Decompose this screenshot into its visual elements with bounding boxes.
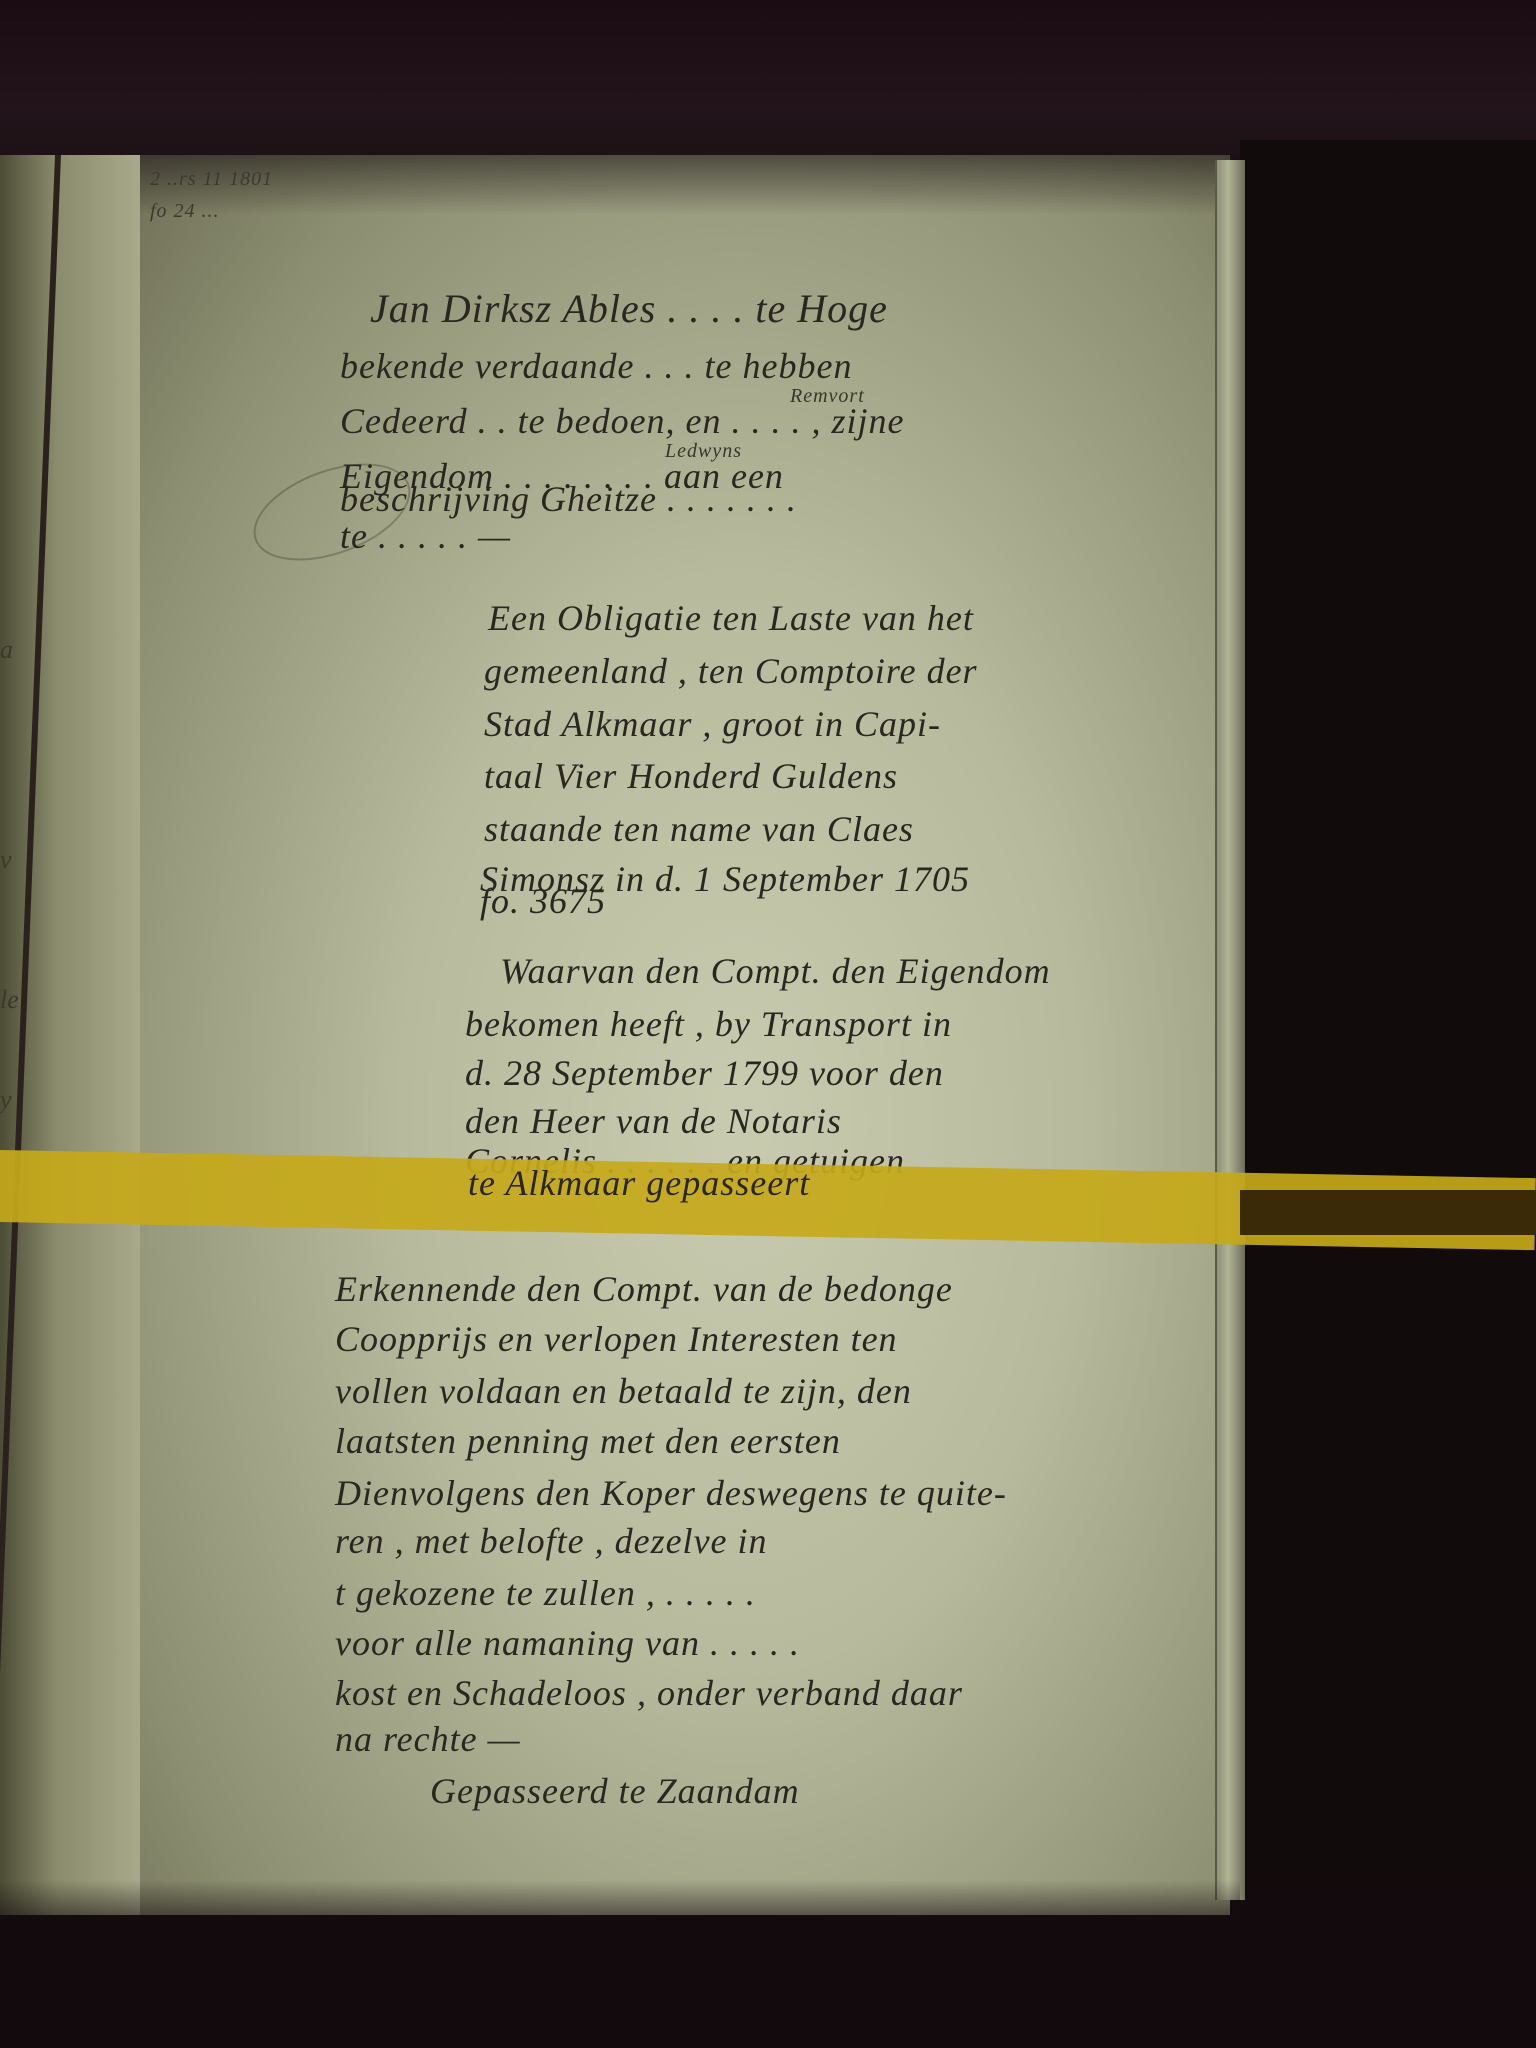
- paragraph-line: Stad Alkmaar , groot in Capi-: [484, 703, 941, 745]
- left-page-fragment: le: [0, 985, 19, 1015]
- page-stack-edge: [1215, 160, 1245, 1900]
- paragraph-line: Erkennende den Compt. van de bedonge: [335, 1268, 953, 1310]
- page-shadow-top: [140, 155, 1230, 215]
- paragraph-line: t gekozene te zullen , . . . . .: [335, 1572, 756, 1614]
- left-page-fragment: y: [0, 1085, 12, 1115]
- paragraph-line: Dienvolgens den Koper deswegens te quite…: [335, 1472, 1007, 1514]
- paragraph-line: Een Obligatie ten Laste van het: [488, 597, 974, 639]
- paragraph-line: na rechte —: [335, 1718, 521, 1760]
- heading-line: beschrijving Gheitze . . . . . . .: [340, 478, 797, 520]
- paragraph-line: voor alle namaning van . . . . .: [335, 1622, 800, 1664]
- paragraph-line: den Heer van de Notaris: [465, 1100, 842, 1142]
- closing-line: Gepasseerd te Zaandam: [430, 1770, 800, 1812]
- margin-note: 2 ..rs 11 1801: [150, 168, 273, 191]
- highlight-band-shadow: [1240, 1190, 1536, 1235]
- paragraph-line: ren , met belofte , dezelve in: [335, 1520, 768, 1562]
- heading-line: bekende verdaande . . . te hebben: [340, 345, 852, 387]
- folio-reference: fo. 3675: [480, 880, 606, 922]
- paragraph-line: kost en Schadeloos , onder verband daar: [335, 1672, 963, 1714]
- paragraph-line: vollen voldaan en betaald te zijn, den: [335, 1370, 912, 1412]
- paragraph-line: laatsten penning met den eersten: [335, 1420, 841, 1462]
- paragraph-line: gemeenland , ten Comptoire der: [484, 650, 978, 692]
- heading-line: Jan Dirksz Ables . . . . te Hoge: [370, 285, 888, 332]
- left-page-fragment: a: [0, 635, 13, 665]
- paragraph-line: taal Vier Honderd Guldens: [484, 755, 898, 797]
- heading-line: Cedeerd . . te bedoen, en . . . . , zijn…: [340, 400, 905, 442]
- heading-line: te . . . . . —: [340, 515, 511, 557]
- paragraph-line: d. 28 September 1799 voor den: [465, 1052, 944, 1094]
- paragraph-line: te Alkmaar gepasseert: [468, 1162, 810, 1204]
- left-page-fragment: v: [0, 845, 12, 875]
- margin-note: fo 24 ...: [150, 200, 220, 223]
- dark-background-right: [1240, 140, 1536, 2048]
- paragraph-line: Coopprijs en verlopen Interesten ten: [335, 1318, 898, 1360]
- page-shadow-bottom: [0, 1880, 1240, 1920]
- paragraph-line: bekomen heeft , by Transport in: [465, 1003, 952, 1045]
- paragraph-line: Waarvan den Compt. den Eigendom: [500, 950, 1051, 992]
- dark-background-top: [0, 0, 1536, 160]
- paragraph-line: staande ten name van Claes: [484, 808, 914, 850]
